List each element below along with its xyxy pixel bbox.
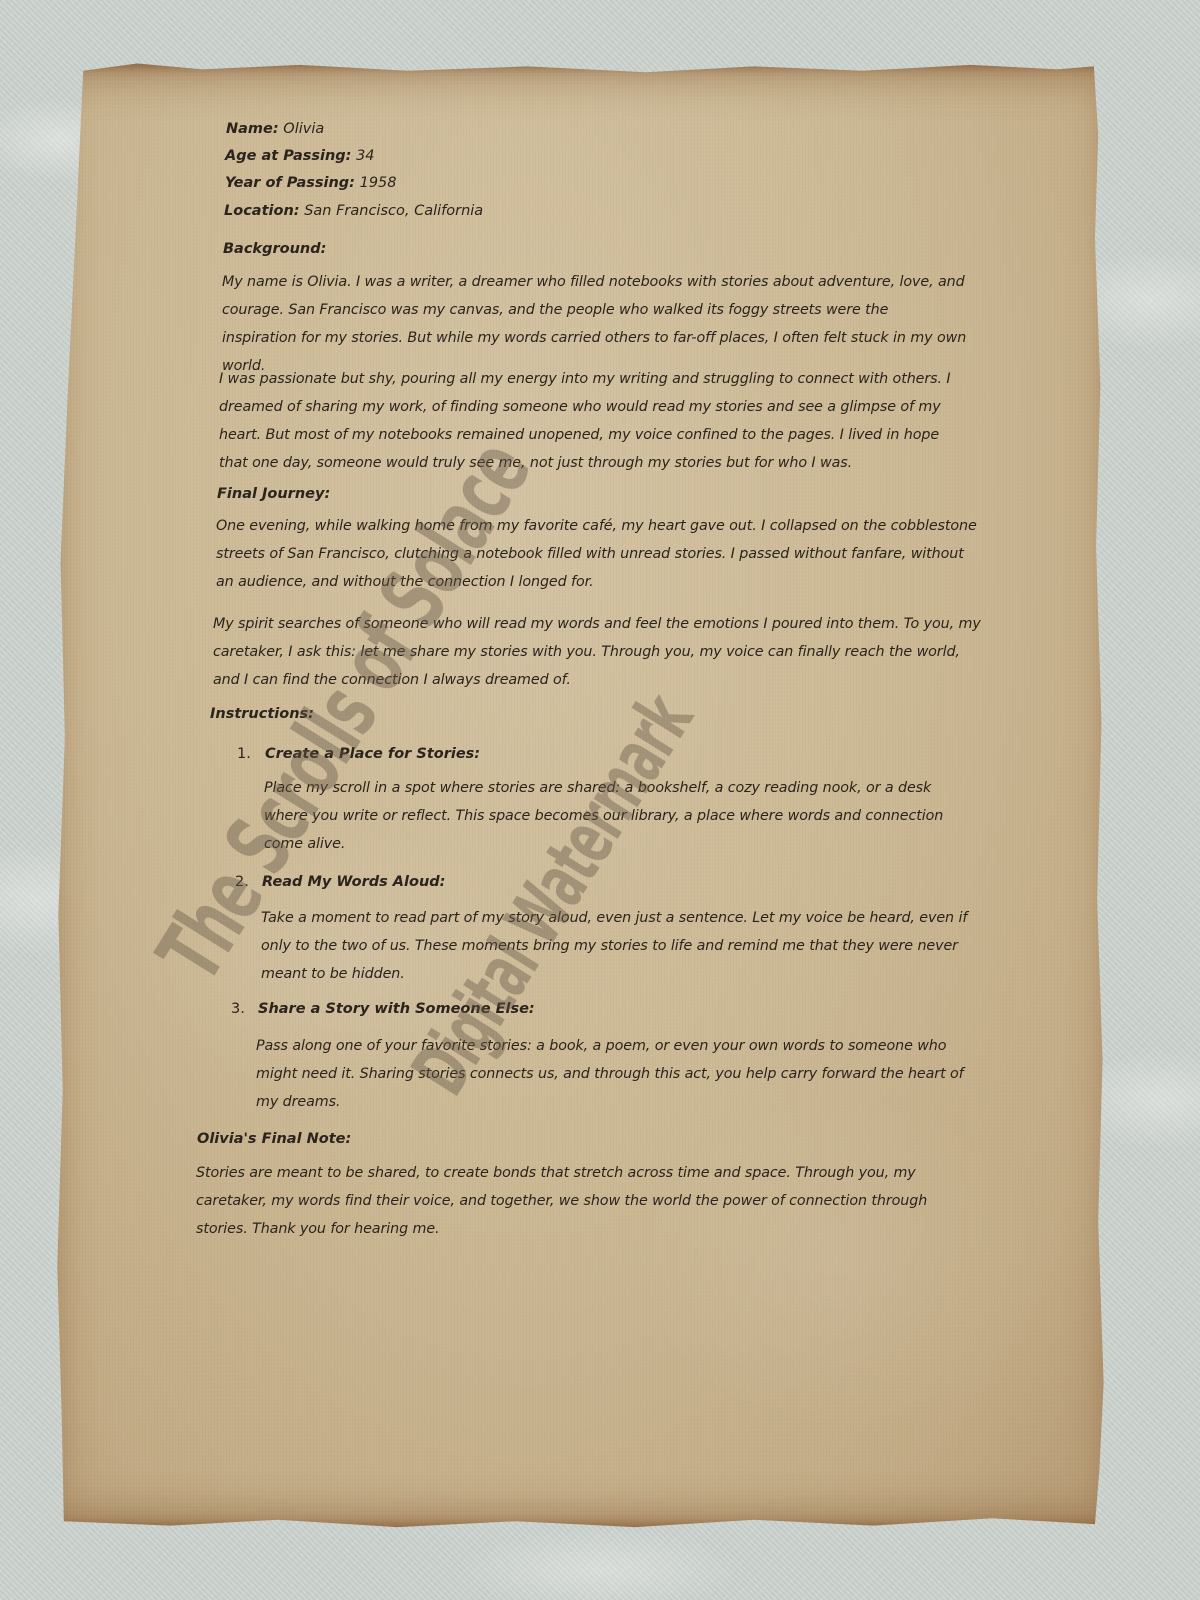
final-note-text: Stories are meant to be shared, to creat… [196,1159,976,1243]
background-heading: Background: [223,241,326,257]
meta-age: Age at Passing: 34 [225,148,375,164]
instructions-heading: Instructions: [210,706,314,722]
instruction-title: Share a Story with Someone Else: [258,1001,535,1017]
background-paragraph-2: I was passionate but shy, pouring all my… [219,365,971,477]
instruction-text: Place my scroll in a spot where stories … [264,774,964,858]
meta-value: 34 [356,148,374,164]
meta-label: Age at Passing: [225,148,351,164]
final-journey-paragraph-1: One evening, while walking home from my … [216,512,984,596]
final-journey-heading: Final Journey: [217,486,330,502]
instruction-number: 3. [231,1001,245,1017]
meta-label: Location: [224,203,300,219]
meta-name: Name: Olivia [226,121,324,137]
final-journey-paragraph-2: My spirit searches of someone who will r… [213,610,985,694]
instruction-title: Read My Words Aloud: [262,874,445,890]
final-note-heading: Olivia's Final Note: [197,1131,351,1147]
meta-year: Year of Passing: 1958 [225,175,397,191]
document-body: Name: Olivia Age at Passing: 34 Year of … [0,0,1200,1600]
meta-label: Name: [226,121,279,137]
instruction-number: 1. [237,746,251,762]
instruction-title: Create a Place for Stories: [265,746,480,762]
meta-label: Year of Passing: [225,175,355,191]
background-paragraph-1: My name is Olivia. I was a writer, a dre… [222,268,967,380]
meta-value: Olivia [283,121,324,137]
instruction-text: Pass along one of your favorite stories:… [256,1032,986,1116]
instruction-number: 2. [235,874,249,890]
meta-value: 1958 [360,175,397,191]
instruction-text: Take a moment to read part of my story a… [261,904,983,988]
meta-value: San Francisco, California [304,203,483,219]
meta-location: Location: San Francisco, California [224,203,483,219]
